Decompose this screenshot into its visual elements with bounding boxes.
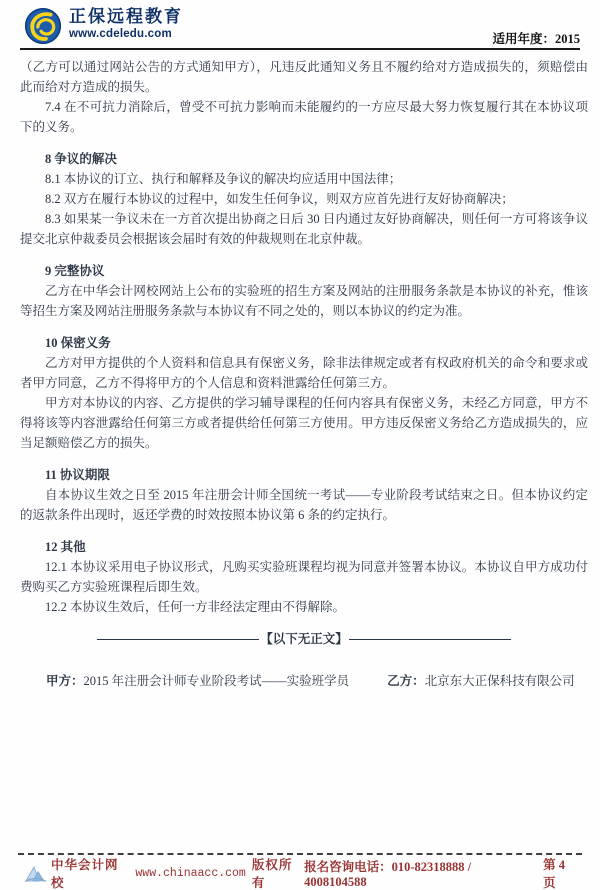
signature-line: 甲方：2015 年注册会计师专业阶段考试——实验班学员 乙方：北京东大正保科技有… [20, 671, 588, 691]
paragraph: 甲方对本协议的内容、乙方提供的学习辅导课程的任何内容具有保密义务，未经乙方同意，… [20, 393, 588, 453]
end-marker-label: 【以下无正文】 [259, 629, 349, 649]
footer-site-block: 中华会计网校 www.chinaacc.com 版权所有 [24, 855, 304, 890]
paragraph: 乙方对甲方提供的个人资料和信息具有保密义务，除非法律规定或者有权政府机关的命令和… [20, 353, 588, 393]
footer-contact-block: 报名咨询电话：010-82318888 / 4008104588 第 4 页 [304, 855, 580, 890]
section-heading: 11 协议期限 [20, 465, 588, 485]
header-divider [20, 48, 580, 50]
footer-hotline: 报名咨询电话：010-82318888 / 4008104588 [304, 857, 533, 890]
paragraph: 8.2 双方在履行本协议的过程中，如发生任何争议，则双方应首先进行友好协商解决； [20, 189, 588, 209]
end-marker-line-left [97, 639, 259, 640]
section-heading: 10 保密义务 [20, 333, 588, 353]
brand-block: 正保远程教育 www.cdeledu.com [69, 7, 183, 41]
paragraph: （乙方可以通过网站公告的方式通知甲方），凡违反此通知义务且不履约给对方造成损失的… [20, 57, 588, 97]
paragraph: 8.1 本协议的订立、执行和解释及争议的解决均应适用中国法律； [20, 169, 588, 189]
end-marker-line-right [349, 639, 511, 640]
paragraph: 12.1 本协议采用电子协议形式，凡购买实验班课程均视为同意并签署本协议。本协议… [20, 557, 588, 597]
paragraph: 7.4 在不可抗力消除后，曾受不可抗力影响而未能履约的一方应尽最大努力恢复履行其… [20, 97, 588, 137]
section-heading: 8 争议的解决 [20, 149, 588, 169]
chinaacc-logo-icon [24, 864, 47, 883]
paragraph: 12.2 本协议生效后，任何一方非经法定理由不得解除。 [20, 597, 588, 617]
section-heading: 9 完整协议 [20, 261, 588, 281]
document-body: （乙方可以通过网站公告的方式通知甲方），凡违反此通知义务且不履约给对方造成损失的… [20, 57, 588, 691]
paragraph: 乙方在中华会计网校网站上公布的实验班的招生方案及网站的注册服务条款是本协议的补充… [20, 281, 588, 321]
paragraph: 自本协议生效之日至 2015 年注册会计师全国统一考试——专业阶段考试结束之日。… [20, 485, 588, 525]
party-b-label: 乙方： [387, 674, 425, 688]
party-b-value: 北京东大正保科技有限公司 [425, 674, 575, 688]
document-page: 正保远程教育 www.cdeledu.com 适用年度：2015 （乙方可以通过… [0, 0, 600, 890]
party-a-label: 甲方： [46, 674, 84, 688]
section-heading: 12 其他 [20, 537, 588, 557]
footer-site-name: 中华会计网校 [51, 855, 129, 890]
brand-name: 正保远程教育 [69, 7, 183, 27]
page-footer: 中华会计网校 www.chinaacc.com 版权所有 报名咨询电话：010-… [24, 860, 580, 886]
brand-url: www.cdeledu.com [69, 27, 183, 41]
cdel-logo-icon [24, 7, 62, 45]
applicable-year-label: 适用年度：2015 [492, 29, 580, 49]
footer-copyright: 版权所有 [252, 855, 304, 890]
page-number: 第 4 页 [543, 855, 580, 890]
paragraph: 8.3 如果某一争议未在一方首次提出协商之日后 30 日内通过友好协商解决，则任… [20, 209, 588, 249]
page-header: 正保远程教育 www.cdeledu.com 适用年度：2015 [24, 7, 580, 49]
party-a-value: 2015 年注册会计师专业阶段考试——实验班学员 [84, 674, 350, 688]
footer-site-url: www.chinaacc.com [135, 867, 245, 880]
end-of-text-marker: 【以下无正文】 [20, 629, 588, 649]
party-b: 乙方：北京东大正保科技有限公司 [387, 671, 575, 691]
party-a: 甲方：2015 年注册会计师专业阶段考试——实验班学员 [46, 671, 349, 691]
